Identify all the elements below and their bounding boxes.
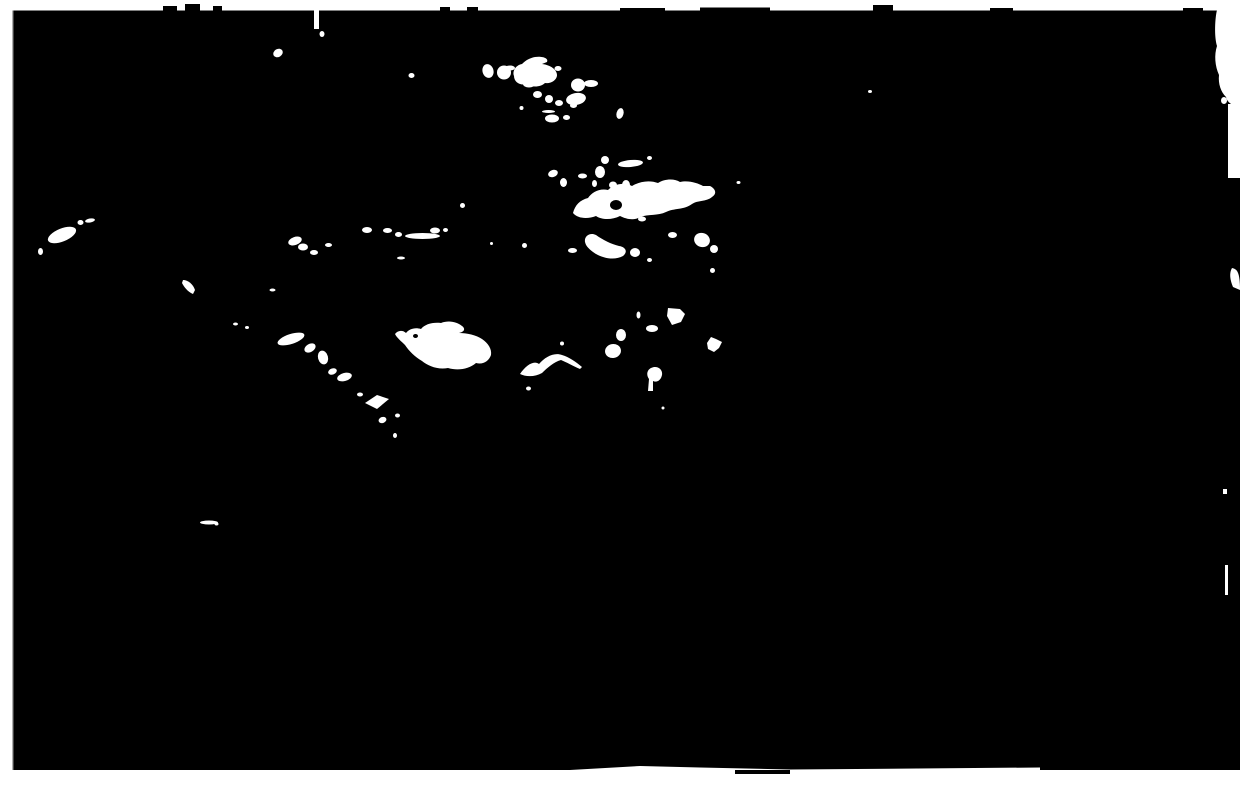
left-edge-seam [12,11,13,771]
ink-notch [735,770,790,774]
highlight-blob [215,523,219,526]
highlight-blob [38,248,43,255]
highlight-blob [310,250,318,255]
highlight-blob [737,181,741,184]
highlight-blob [393,433,397,438]
highlight-blob [545,115,559,123]
highlight-blob [578,174,587,179]
ink-notch [990,8,1013,11]
highlight-blob [409,73,415,78]
highlight-blob [460,203,465,208]
highlight-blob [584,80,598,87]
highlight-blob [637,312,641,319]
highlight-blob [568,248,577,253]
highlight-blob [646,325,658,332]
highlight-blob [245,326,249,329]
ink-notch [1183,8,1203,11]
highlight-blob [638,217,646,222]
highlight-blob [555,100,563,106]
highlight-blob [505,66,515,71]
highlight-blob [397,257,405,260]
ink-hole [413,334,418,338]
highlight-blob [522,243,527,248]
binary-image-canvas [0,0,1240,790]
highlight-blob [405,233,440,239]
highlight-blob [622,180,630,190]
highlight-blob [555,66,562,71]
highlight-blob [647,258,652,262]
highlight-blob [325,243,332,247]
highlight-blob [320,31,325,37]
highlight-blob [1228,104,1240,178]
highlight-blob [545,95,553,103]
highlight-blob [592,180,597,187]
highlight-blob [270,289,276,292]
highlight-blob [868,90,872,93]
ink-notch [467,7,478,11]
highlight-blob [383,228,392,233]
highlight-blob [1225,565,1228,595]
highlight-blob [357,393,363,397]
highlight-blob [662,407,665,410]
highlight-blob [395,232,402,237]
highlight-blob [609,182,617,189]
highlight-blob [616,329,626,341]
ink-notch [700,8,770,11]
highlight-blob [314,10,319,29]
highlight-blob [533,91,542,98]
ink-notch [620,8,665,11]
highlight-blob [490,242,493,245]
highlight-blob [298,244,308,251]
highlight-blob [526,387,531,391]
highlight-blob [560,178,567,187]
highlight-blob [430,228,440,234]
highlight-blob [668,232,677,238]
ink-hole [610,200,622,210]
binarized-photo-figure [0,0,1240,790]
highlight-blob [647,156,652,160]
highlight-blob [571,79,585,92]
highlight-blob [520,106,524,110]
highlight-blob [570,103,577,108]
highlight-blob [1223,489,1227,494]
highlight-blob [563,115,570,120]
highlight-blob [630,248,640,257]
highlight-blob [601,156,609,164]
highlight-blob [78,220,84,225]
ink-notch [873,5,893,11]
highlight-blob [560,342,564,346]
highlight-blob [710,268,715,273]
screenshot-stage [0,0,1240,790]
highlight-blob [542,110,555,113]
ink-notch [213,6,222,11]
highlight-blob [362,227,372,233]
highlight-blob [710,245,718,253]
highlight-blob [443,228,448,232]
photo-black-field [13,11,1240,771]
highlight-blob [233,323,238,326]
highlight-blob [595,166,605,178]
highlight-blob [1221,97,1227,104]
ink-notch [185,4,200,11]
ink-notch [163,6,177,11]
highlight-blob [395,414,400,418]
highlight-blob [523,81,535,88]
ink-notch [440,7,450,11]
